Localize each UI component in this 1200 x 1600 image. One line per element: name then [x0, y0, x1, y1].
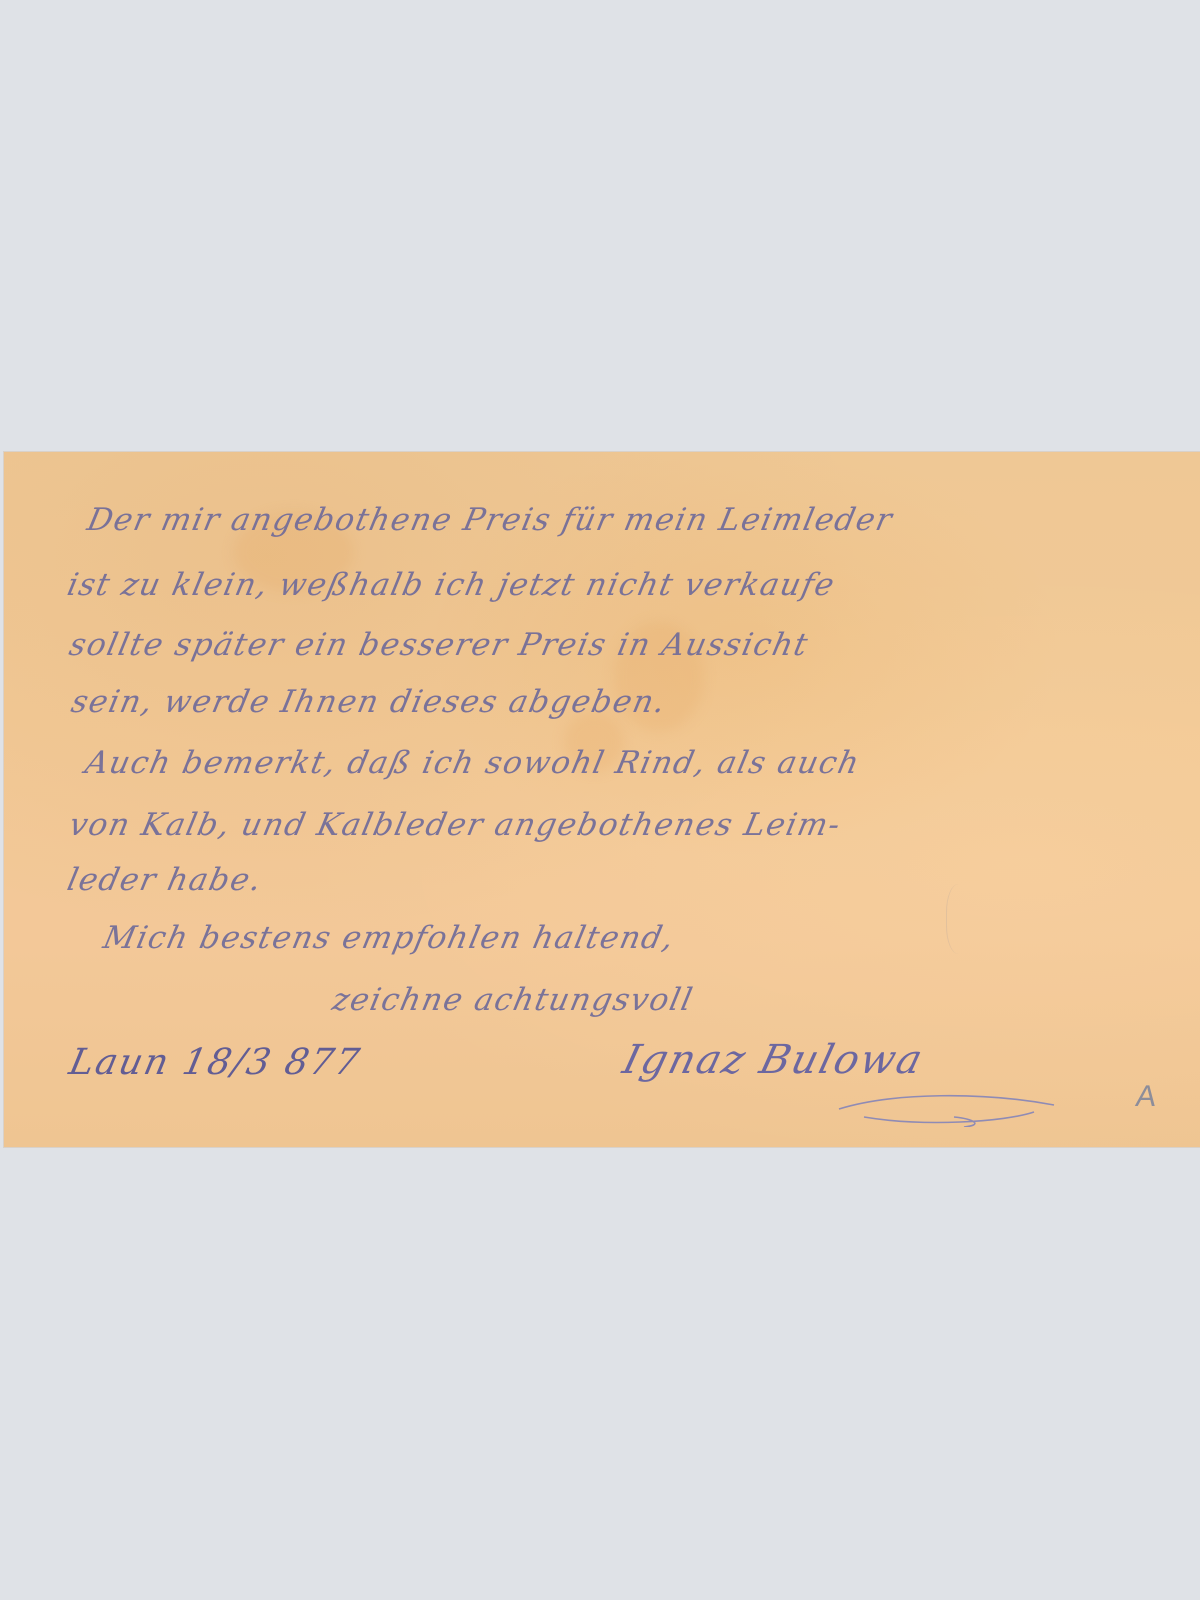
handwritten-line-4: sein, werde Ihnen dieses abgeben. [68, 684, 670, 720]
handwritten-line-1: Der mir angebothene Preis für mein Leiml… [84, 502, 896, 538]
handwritten-line-5: Auch bemerkt, daß ich sowohl Rind, als a… [82, 745, 864, 781]
signature-flourish-icon [834, 1087, 1064, 1127]
handwritten-line-6: von Kalb, und Kalbleder angebothenes Lei… [66, 807, 845, 843]
archive-mark: A [1134, 1080, 1159, 1114]
document-viewer: Der mir angebothene Preis für mein Leiml… [0, 0, 1200, 1600]
valediction-line: zeichne achtungsvoll [329, 982, 697, 1018]
postcard-scan: Der mir angebothene Preis für mein Leiml… [4, 452, 1200, 1147]
paper-crease [946, 884, 977, 954]
handwritten-line-7: leder habe. [64, 862, 266, 898]
closing-line: Mich bestens empfohlen haltend, [100, 920, 678, 956]
place-and-date: Laun 18/3 877 [66, 1042, 365, 1083]
handwritten-line-3: sollte später ein besserer Preis in Auss… [66, 627, 812, 663]
handwritten-line-2: ist zu klein, weßhalb ich jetzt nicht ve… [64, 567, 839, 603]
signature: Ignaz Bulowa [618, 1037, 928, 1083]
